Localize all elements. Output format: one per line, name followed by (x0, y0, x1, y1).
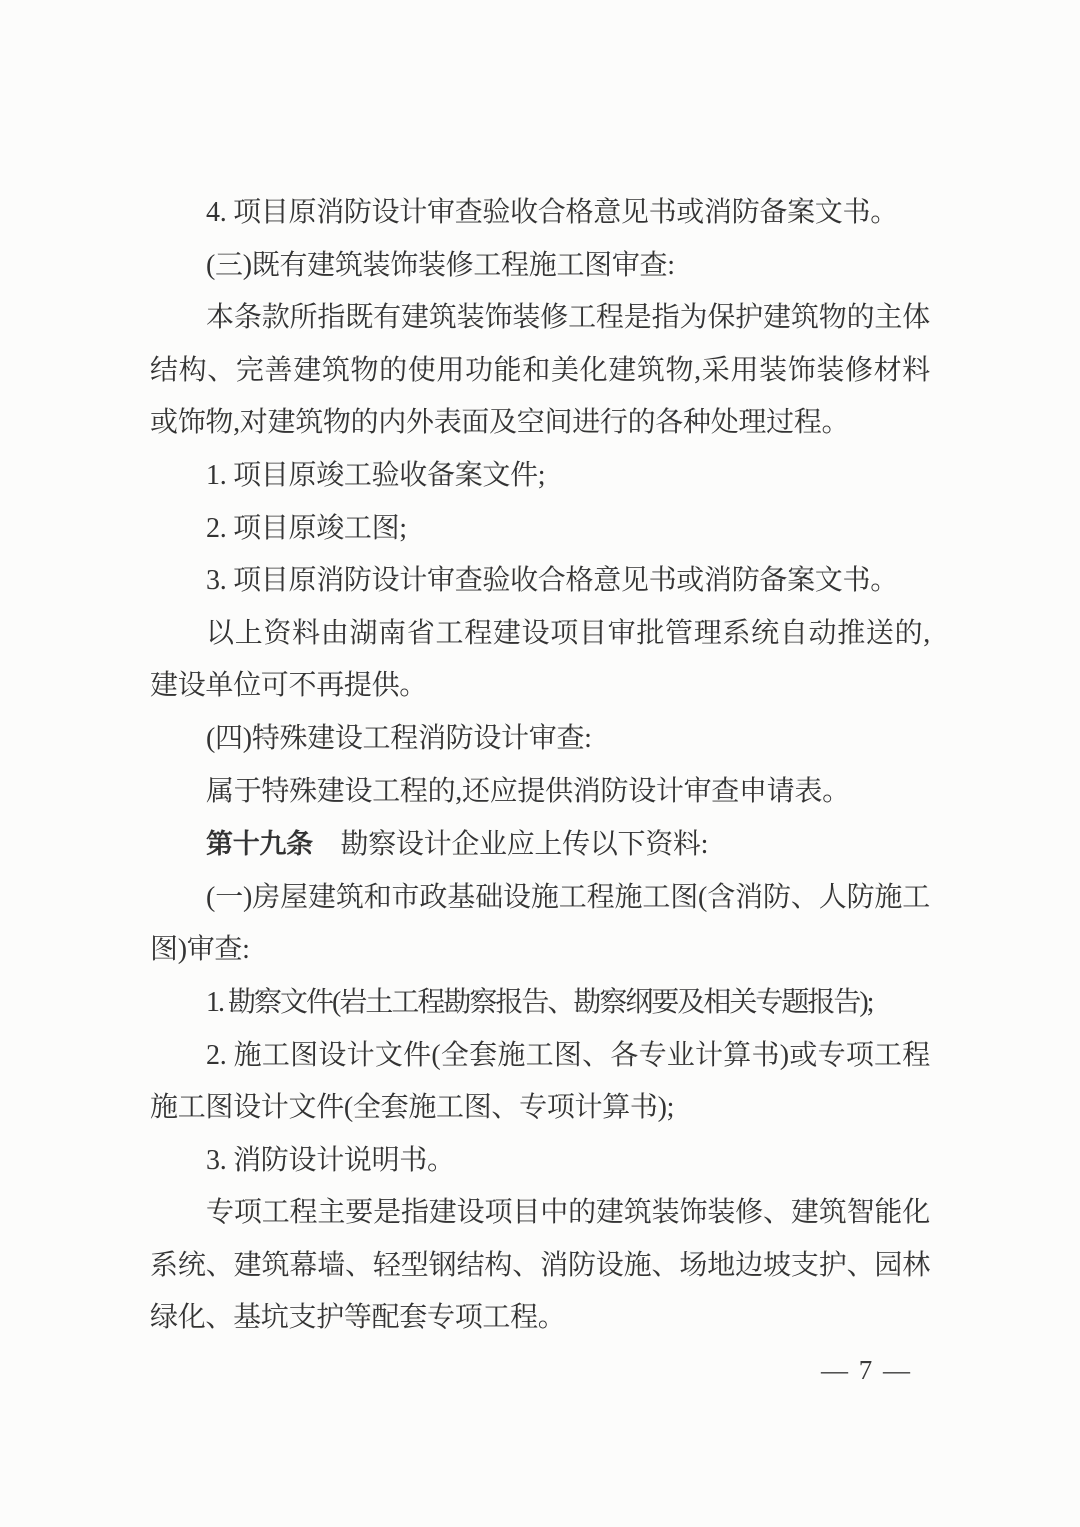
doc-paragraph-design-files: 2. 施工图设计文件(全套施工图、各专业计算书)或专项工程施工图设计文件(全套施… (150, 1030, 930, 1135)
doc-paragraph-special-projects: 专项工程主要是指建设项目中的建筑装饰装修、建筑智能化系统、建筑幕墙、轻型钢结构、… (150, 1187, 930, 1345)
doc-paragraph-item-4: 4. 项目原消防设计审查验收合格意见书或消防备案文书。 (150, 187, 930, 240)
doc-paragraph-special-note: 属于特殊建设工程的,还应提供消防设计审查申请表。 (150, 766, 930, 819)
doc-paragraph-item-3: 3. 项目原消防设计审查验收合格意见书或消防备案文书。 (150, 555, 930, 608)
article-19-text: 勘察设计企业应上传以下资料: (313, 829, 708, 860)
doc-paragraph-note: 以上资料由湖南省工程建设项目审批管理系统自动推送的,建设单位可不再提供。 (150, 608, 930, 713)
document-page: 4. 项目原消防设计审查验收合格意见书或消防备案文书。 (三)既有建筑装饰装修工… (0, 0, 1080, 1527)
doc-paragraph-section-1-heading: (一)房屋建筑和市政基础设施工程施工图(含消防、人防施工图)审查: (150, 872, 930, 977)
doc-paragraph-survey-files: 1. 勘察文件(岩土工程勘察报告、勘察纲要及相关专题报告); (150, 977, 930, 1030)
doc-paragraph-section-3-heading: (三)既有建筑装饰装修工程施工图审查: (150, 240, 930, 293)
article-19-number: 第十九条 (206, 829, 313, 859)
doc-paragraph-item-2: 2. 项目原竣工图; (150, 503, 930, 556)
doc-paragraph-article-19: 第十九条 勘察设计企业应上传以下资料: (150, 818, 930, 872)
doc-paragraph-item-1: 1. 项目原竣工验收备案文件; (150, 450, 930, 503)
document-body: 4. 项目原消防设计审查验收合格意见书或消防备案文书。 (三)既有建筑装饰装修工… (150, 187, 930, 1345)
page-number: — 7 — (821, 1352, 912, 1388)
doc-paragraph-definition: 本条款所指既有建筑装饰装修工程是指为保护建筑物的主体结构、完善建筑物的使用功能和… (150, 292, 930, 450)
doc-paragraph-section-4-heading: (四)特殊建设工程消防设计审查: (150, 713, 930, 766)
doc-paragraph-fire-design-doc: 3. 消防设计说明书。 (150, 1135, 930, 1188)
